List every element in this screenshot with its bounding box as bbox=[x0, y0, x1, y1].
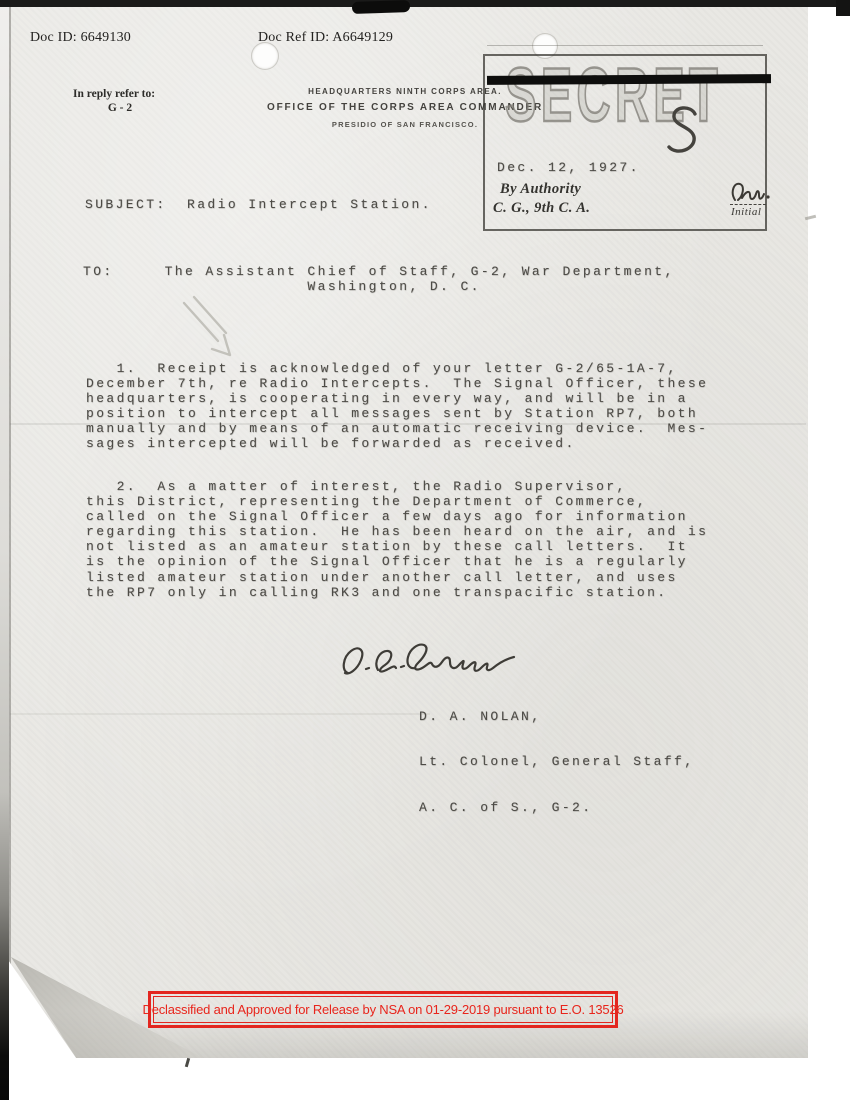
paper-crease bbox=[10, 713, 430, 715]
to-block: TO: The Assistant Chief of Staff, G-2, W… bbox=[83, 264, 675, 294]
scan-top-edge bbox=[0, 0, 850, 7]
declassification-box: Declassified and Approved for Release by… bbox=[148, 991, 618, 1028]
stamp-authority-line-1: By Authority bbox=[500, 181, 581, 198]
handwritten-s bbox=[665, 104, 701, 160]
subject-line: SUBJECT: Radio Intercept Station. bbox=[85, 197, 432, 212]
signature-title-1: Lt. Colonel, General Staff, bbox=[419, 754, 694, 769]
reply-refer-label: In reply refer to: bbox=[73, 88, 155, 100]
stamp-date: Dec. 12, 1927. bbox=[497, 160, 640, 175]
reply-refer-code: G - 2 bbox=[73, 102, 167, 114]
declassification-text: Declassified and Approved for Release by… bbox=[143, 1002, 624, 1017]
initial-label: Initial bbox=[731, 206, 761, 218]
paragraph-1: 1. Receipt is acknowledged of your lette… bbox=[86, 361, 708, 452]
scan-left-edge bbox=[0, 0, 9, 1100]
signature-name: D. A. NOLAN, bbox=[419, 709, 694, 724]
doc-id: Doc ID: 6649130 bbox=[30, 30, 131, 46]
initial-signature-line bbox=[730, 204, 766, 205]
stamp-authority-line-2: C. G., 9th C. A. bbox=[493, 200, 590, 217]
handwritten-initials bbox=[729, 178, 771, 206]
scan-corner-mark bbox=[836, 0, 850, 16]
redaction-bar bbox=[487, 74, 771, 85]
doc-ref-id: Doc Ref ID: A6649129 bbox=[258, 30, 393, 46]
declassification-inner-border: Declassified and Approved for Release by… bbox=[153, 996, 613, 1023]
scan-top-smudge bbox=[352, 0, 410, 14]
stamp-box-upper-line bbox=[487, 45, 763, 46]
signature-title-2: A. C. of S., G-2. bbox=[419, 800, 694, 815]
punch-hole bbox=[252, 43, 278, 69]
pencil-arrow-mark bbox=[168, 293, 248, 371]
signature-block: D. A. NOLAN, Lt. Colonel, General Staff,… bbox=[419, 679, 694, 830]
paragraph-2: 2. As a matter of interest, the Radio Su… bbox=[86, 479, 708, 600]
stray-mark bbox=[185, 1058, 190, 1067]
